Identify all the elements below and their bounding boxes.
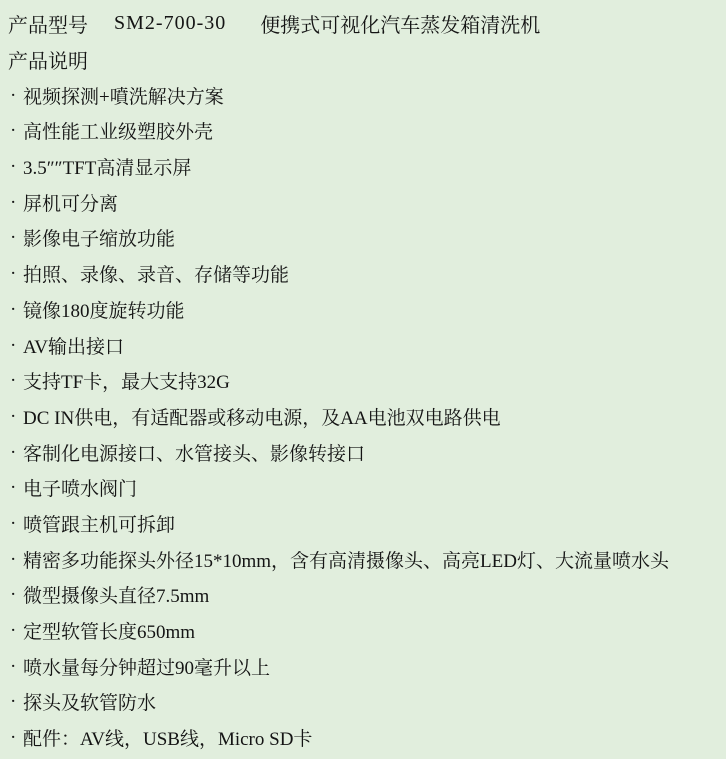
section-title: 产品说明 (8, 42, 718, 78)
bullet-icon: · (10, 371, 23, 390)
feature-text: 定型软管长度650mm (23, 617, 195, 644)
list-item: ·喷管跟主机可拆卸 (10, 506, 718, 542)
feature-text: 3.5″″TFT高清显示屏 (23, 153, 191, 180)
product-spec-page: 产品型号 SM2-700-30 便携式可视化汽车蒸发箱清洗机 产品说明 ·视频探… (0, 0, 726, 759)
feature-text: 配件：AV线，USB线，Micro SD卡 (23, 724, 312, 751)
list-item: ·3.5″″TFT高清显示屏 (10, 149, 718, 185)
bullet-icon: · (10, 514, 23, 533)
bullet-icon: · (10, 336, 23, 355)
list-item: ·电子喷水阀门 (10, 470, 718, 506)
list-item: ·喷水量每分钟超过90毫升以上 (10, 648, 718, 684)
product-name: 便携式可视化汽车蒸发箱清洗机 (260, 9, 540, 38)
list-item: ·探头及软管防水 (10, 684, 718, 720)
model-number: SM2-700-30 (114, 12, 226, 35)
feature-text: 影像电子缩放功能 (23, 224, 175, 251)
feature-text: 拍照、录像、录音、存储等功能 (23, 260, 289, 287)
bullet-icon: · (10, 443, 23, 462)
list-item: ·客制化电源接口、水管接头、影像转接口 (10, 434, 718, 470)
bullet-icon: · (10, 300, 23, 319)
feature-text: DC IN供电，有适配器或移动电源，及AA电池双电路供电 (23, 403, 501, 430)
list-item: ·影像电子缩放功能 (10, 220, 718, 256)
feature-text: 视频探测+噴洗解决方案 (23, 82, 224, 109)
bullet-icon: · (10, 728, 23, 747)
list-item: ·高性能工业级塑胶外壳 (10, 113, 718, 149)
list-item: ·配件：AV线，USB线，Micro SD卡 (10, 720, 718, 756)
bullet-icon: · (10, 585, 23, 604)
feature-text: 探头及软管防水 (23, 688, 156, 715)
feature-text: 精密多功能探头外径15*10mm，含有高清摄像头、高亮LED灯、大流量喷水头 (23, 546, 669, 573)
list-item: ·微型摄像头直径7.5mm (10, 577, 718, 613)
feature-list: ·视频探测+噴洗解决方案·高性能工业级塑胶外壳·3.5″″TFT高清显示屏·屏机… (8, 77, 718, 755)
feature-text: 电子喷水阀门 (23, 474, 137, 501)
list-item: ·视频探测+噴洗解决方案 (10, 77, 718, 113)
list-item: ·定型软管长度650mm (10, 613, 718, 649)
feature-text: 喷管跟主机可拆卸 (23, 510, 175, 537)
bullet-icon: · (10, 193, 23, 212)
feature-text: 客制化电源接口、水管接头、影像转接口 (23, 439, 365, 466)
bullet-icon: · (10, 121, 23, 140)
feature-text: 支持TF卡，最大支持32G (23, 367, 230, 394)
feature-text: 喷水量每分钟超过90毫升以上 (23, 653, 270, 680)
feature-text: 微型摄像头直径7.5mm (23, 581, 209, 608)
bullet-icon: · (10, 86, 23, 105)
list-item: ·支持TF卡，最大支持32G (10, 363, 718, 399)
bullet-icon: · (10, 621, 23, 640)
product-title-line: 产品型号 SM2-700-30 便携式可视化汽车蒸发箱清洗机 (8, 6, 718, 42)
list-item: ·拍照、录像、录音、存储等功能 (10, 256, 718, 292)
bullet-icon: · (10, 550, 23, 569)
list-item: ·DC IN供电，有适配器或移动电源，及AA电池双电路供电 (10, 399, 718, 435)
bullet-icon: · (10, 657, 23, 676)
list-item: ·镜像180度旋转功能 (10, 292, 718, 328)
feature-text: AV输出接口 (23, 332, 124, 359)
bullet-icon: · (10, 228, 23, 247)
bullet-icon: · (10, 264, 23, 283)
list-item: ·屏机可分离 (10, 184, 718, 220)
list-item: ·AV输出接口 (10, 327, 718, 363)
bullet-icon: · (10, 692, 23, 711)
feature-text: 屏机可分离 (23, 189, 118, 216)
bullet-icon: · (10, 407, 23, 426)
bullet-icon: · (10, 157, 23, 176)
model-label: 产品型号 (8, 9, 88, 38)
feature-text: 镜像180度旋转功能 (23, 296, 185, 323)
list-item: ·精密多功能探头外径15*10mm，含有高清摄像头、高亮LED灯、大流量喷水头 (10, 541, 718, 577)
bullet-icon: · (10, 478, 23, 497)
feature-text: 高性能工业级塑胶外壳 (23, 117, 213, 144)
